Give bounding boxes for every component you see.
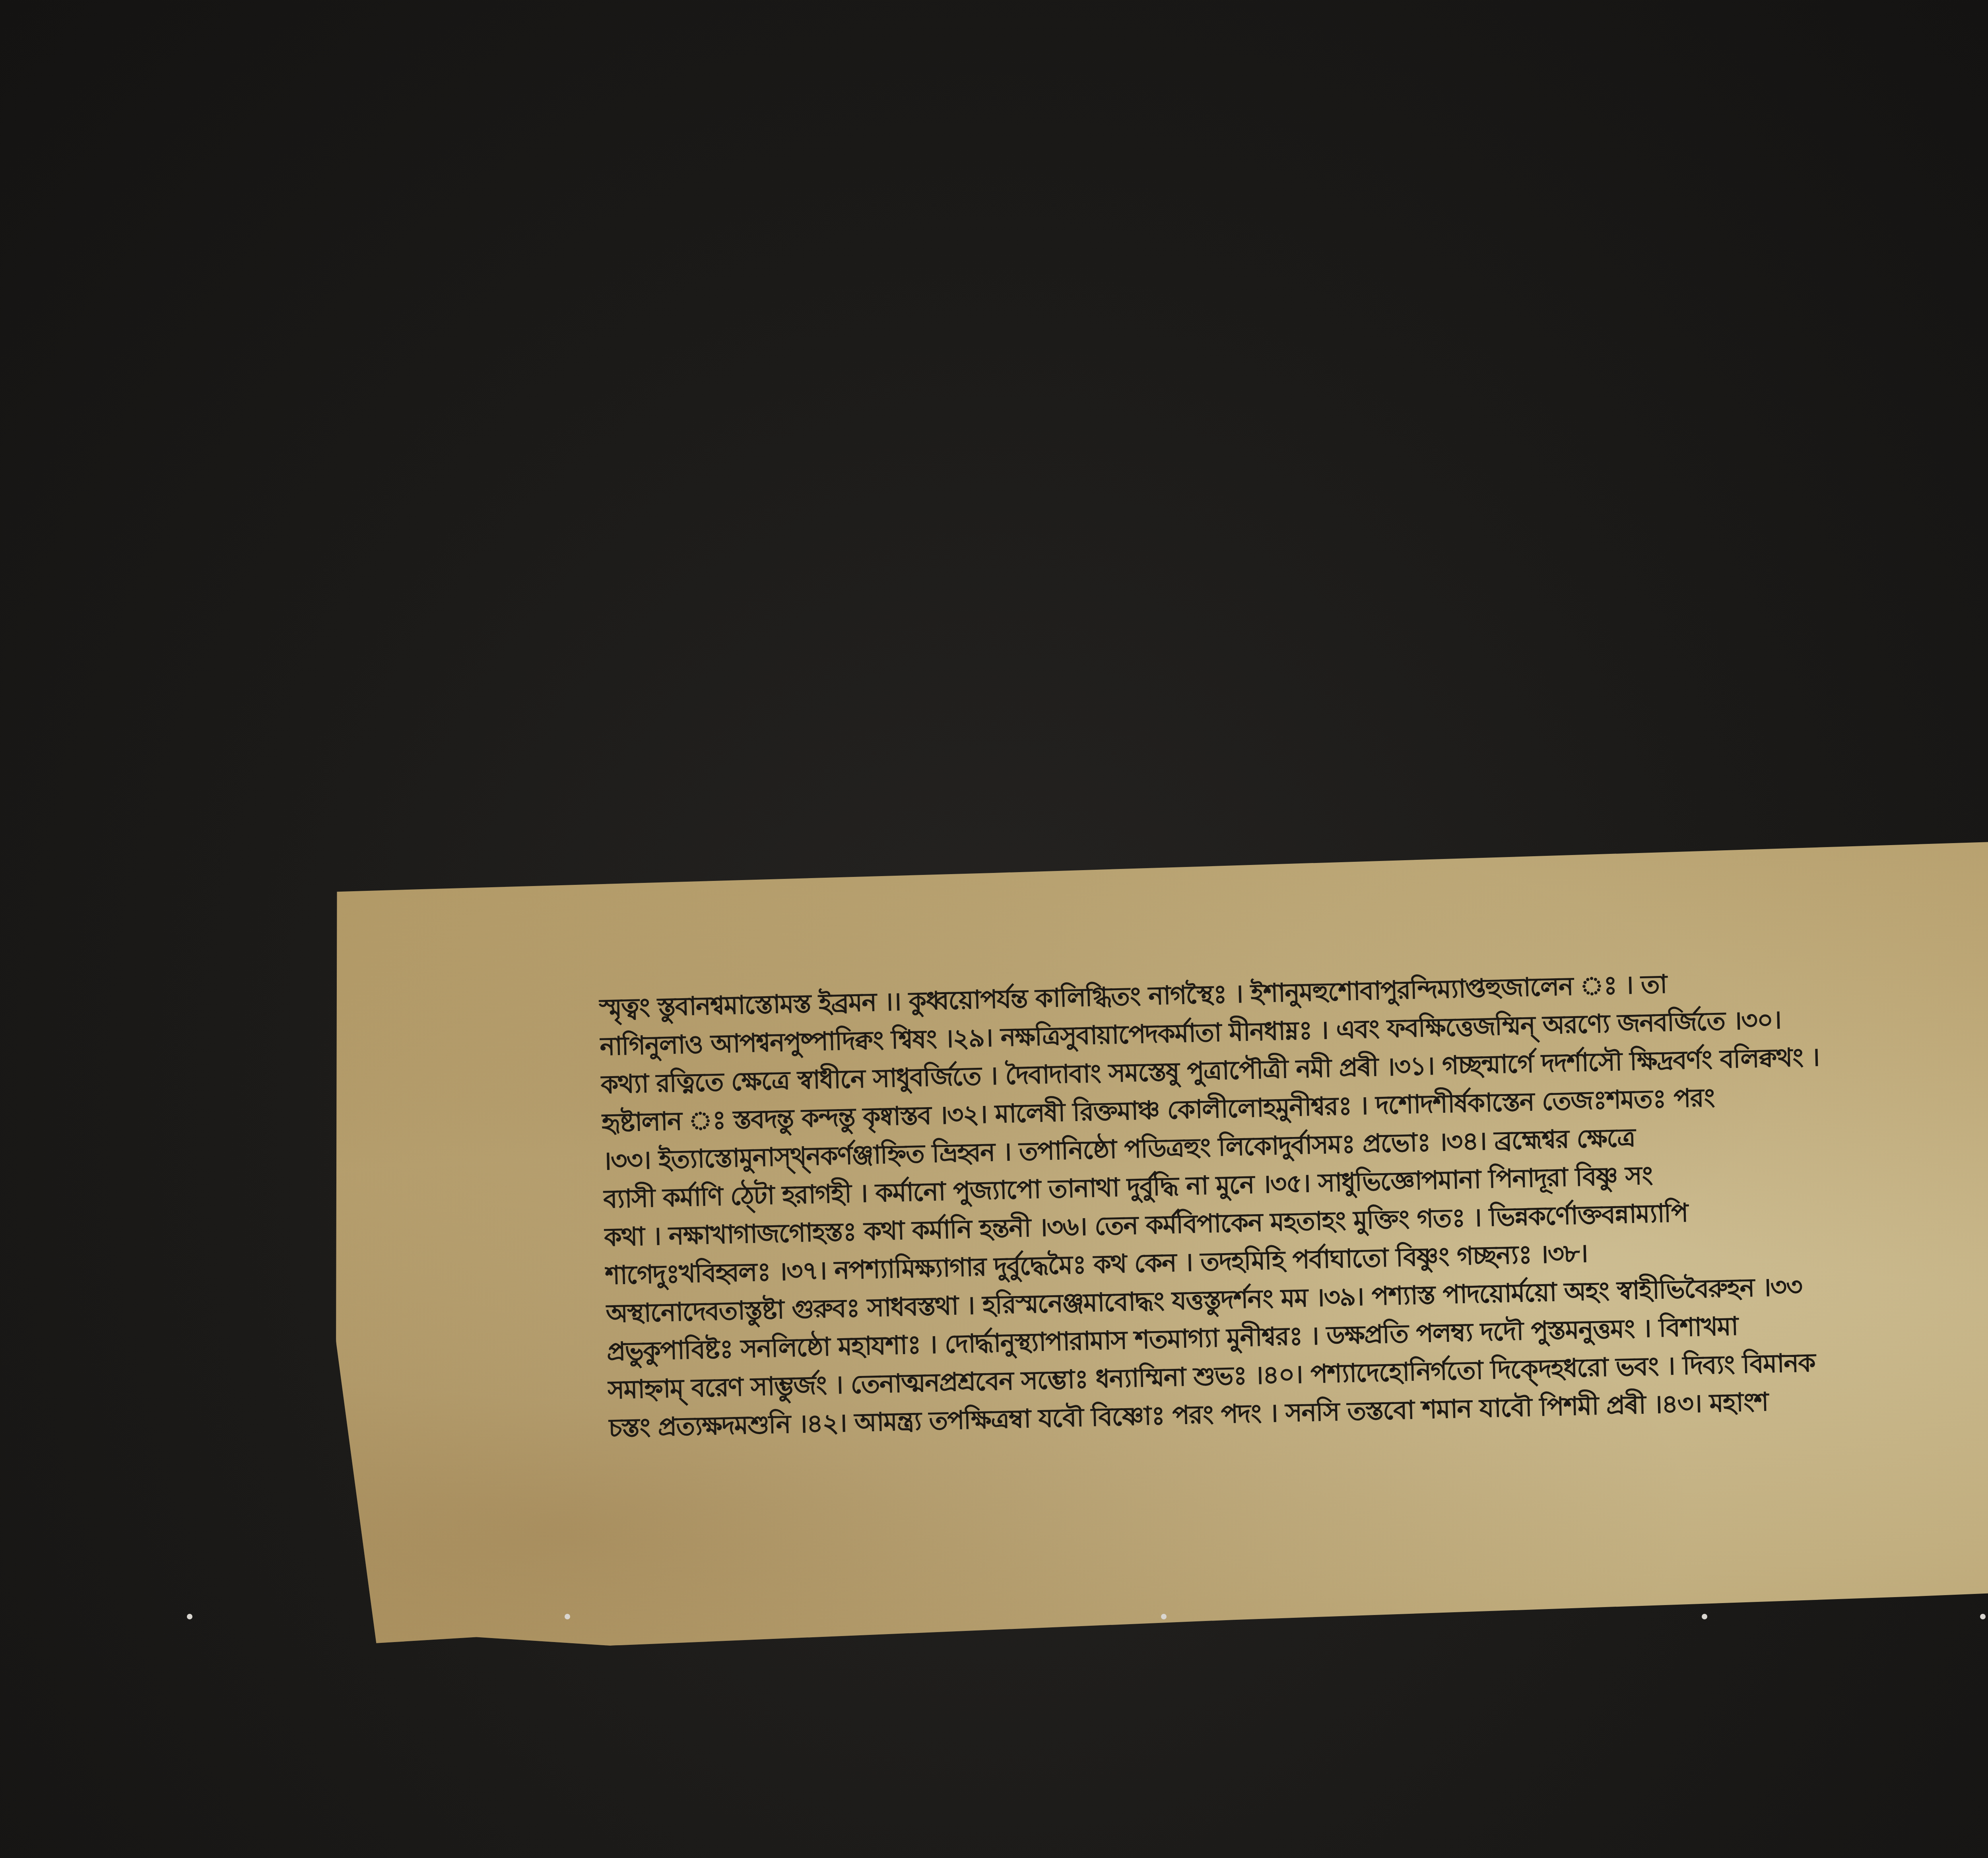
mounting-pin bbox=[1161, 1614, 1167, 1619]
manuscript-folio: স্মৃত্বং স্তুবানশ্বমাস্তোমস্ত ইব্রমন ।। … bbox=[326, 826, 1988, 1652]
mounting-pin bbox=[565, 1614, 570, 1619]
mounting-pin bbox=[187, 1614, 192, 1619]
mounting-pin bbox=[1702, 1614, 1707, 1619]
mounting-pin bbox=[1980, 1614, 1986, 1619]
manuscript-text: স্মৃত্বং স্তুবানশ্বমাস্তোমস্ত ইব্রমন ।। … bbox=[598, 947, 1988, 1448]
